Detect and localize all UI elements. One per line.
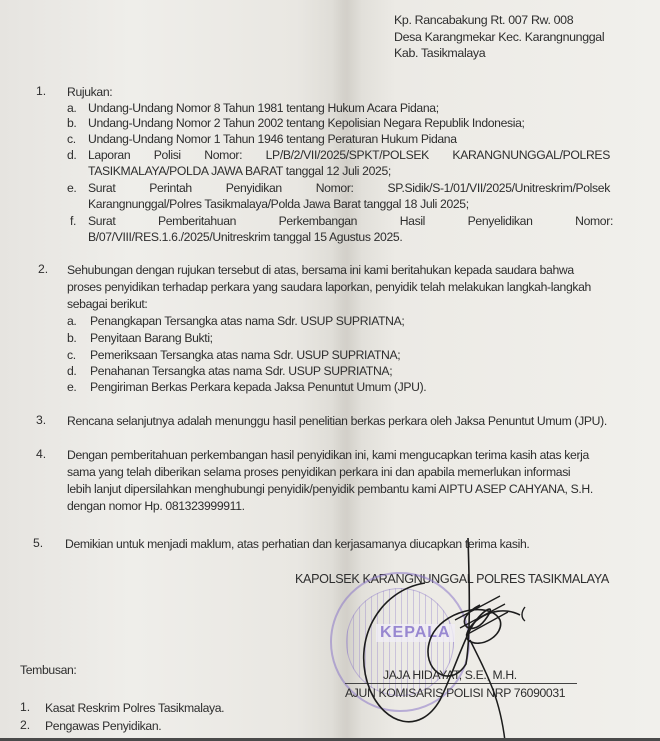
stamp-label: KEPALA	[376, 624, 455, 642]
ref-e-word: Penyidikan	[226, 180, 282, 196]
address-line-3: Kab. Tasikmalaya	[394, 45, 604, 62]
tembusan-title: Tembusan:	[20, 662, 76, 678]
ref-e-word: SP.Sidik/S-1/01/VII/2025/Unitreskrim/Pol…	[387, 180, 610, 196]
step-d-text: Penahanan Tersangka atas nama Sdr. USUP …	[90, 363, 392, 379]
section-1-title: Rujukan:	[67, 84, 112, 100]
ref-f-line-2: B/07/VIII/RES.1.6./2025/Unitreskrim tang…	[88, 229, 402, 245]
section-4-line-2: sama yang telah diberikan selama proses …	[67, 464, 570, 480]
ref-f-word: Surat	[88, 213, 115, 229]
step-c-text: Pemeriksaan Tersangka atas nama Sdr. USU…	[90, 347, 400, 363]
step-c-letter: c.	[67, 347, 76, 363]
ref-d-letter: d.	[67, 147, 76, 163]
ref-e-word: Surat	[88, 180, 115, 196]
ref-d-word: Polisi	[154, 147, 181, 163]
address-line-1: Kp. Rancabakung Rt. 007 Rw. 008	[394, 12, 604, 29]
section-5-number: 5.	[33, 536, 43, 550]
signature-underline	[345, 683, 577, 684]
signatory-name: JAJA HIDAYAT, S.E., M.H.	[383, 667, 517, 683]
ref-d-word: KARANGNUNGGAL/POLRES	[452, 147, 610, 163]
ref-a-letter: a.	[67, 100, 76, 116]
ref-e-letter: e.	[67, 180, 76, 196]
step-a-text: Penangkapan Tersangka atas nama Sdr. USU…	[90, 313, 404, 329]
ref-f-word: Perkembangan	[279, 213, 357, 229]
section-2-line-3: sebagai berikut:	[67, 296, 147, 312]
tembusan-2-number: 2.	[20, 718, 30, 732]
section-3-number: 3.	[36, 413, 46, 427]
ref-c-text: Undang-Undang Nomor 1 Tahun 1946 tentang…	[88, 131, 457, 147]
section-2-line-1: Sehubungan dengan rujukan tersebut di at…	[67, 262, 612, 278]
section-3-text: Rencana selanjutnya adalah menunggu hasi…	[67, 413, 607, 429]
section-4-line-1: Dengan pemberitahuan perkembangan hasil …	[67, 447, 589, 463]
ref-c-letter: c.	[67, 131, 76, 147]
ref-e-word: Perintah	[149, 180, 192, 196]
step-d-letter: d.	[67, 363, 76, 379]
tembusan-1-number: 1.	[20, 700, 30, 714]
ref-a-text: Undang-Undang Nomor 8 Tahun 1981 tentang…	[88, 100, 439, 116]
ref-e-line-2: Karangnunggal/Polres Tasikmalaya/Polda J…	[88, 196, 469, 212]
ref-b-text: Undang-Undang Nomor 2 Tahun 2002 tentang…	[88, 115, 525, 131]
ref-f-word: Penyelidikan	[468, 213, 533, 229]
ref-e-line-1: Surat Perintah Penyidikan Nomor: SP.Sidi…	[88, 180, 610, 196]
section-5-text: Demikian untuk menjadi maklum, atas perh…	[65, 536, 529, 552]
step-a-letter: a.	[67, 313, 76, 329]
ref-d-word: Nomor:	[204, 147, 242, 163]
ref-f-word: Nomor:	[575, 213, 613, 229]
step-e-letter: e.	[67, 379, 76, 395]
address-block: Kp. Rancabakung Rt. 007 Rw. 008 Desa Kar…	[394, 12, 604, 62]
section-2-number: 2.	[38, 262, 48, 276]
ref-d-word: LP/B/2/VII/2025/SPKT/POLSEK	[266, 147, 429, 163]
ref-b-letter: b.	[67, 115, 76, 131]
section-2-line-2: proses penyidikan terhadap perkara yang …	[67, 279, 591, 295]
ref-f-letter: f.	[70, 213, 76, 229]
step-b-text: Penyitaan Barang Bukti;	[90, 330, 213, 346]
ref-f-line-1: Surat Pemberitahuan Perkembangan Hasil P…	[88, 213, 613, 229]
step-b-letter: b.	[67, 330, 76, 346]
section-4-line-4: dengan nomor Hp. 081323999911.	[67, 498, 245, 514]
ref-d-line-2: TASIKMALAYA/POLDA JAWA BARAT tanggal 12 …	[88, 163, 391, 179]
signature-office: KAPOLSEK KARANGNUNGGAL POLRES TASIKMALAY…	[295, 571, 609, 587]
section-4-number: 4.	[36, 447, 46, 461]
ref-d-word: Laporan	[88, 147, 130, 163]
ref-d-line-1: Laporan Polisi Nomor: LP/B/2/VII/2025/SP…	[88, 147, 610, 163]
address-line-2: Desa Karangmekar Kec. Karangnunggal	[394, 29, 604, 46]
tembusan-2-text: Pengawas Penyidikan.	[45, 718, 161, 734]
tembusan-1-text: Kasat Reskrim Polres Tasikmalaya.	[45, 700, 224, 716]
signatory-rank: AJUN KOMISARIS POLISI NRP 76090031	[345, 685, 565, 701]
section-1-number: 1.	[36, 84, 46, 98]
ref-f-word: Hasil	[400, 213, 425, 229]
step-e-text: Pengiriman Berkas Perkara kepada Jaksa P…	[90, 379, 426, 395]
ref-f-word: Pemberitahuan	[158, 213, 236, 229]
ref-e-word: Nomor:	[316, 180, 354, 196]
section-4-line-3: lebih lanjut dipersilahkan menghubungi p…	[67, 481, 593, 497]
